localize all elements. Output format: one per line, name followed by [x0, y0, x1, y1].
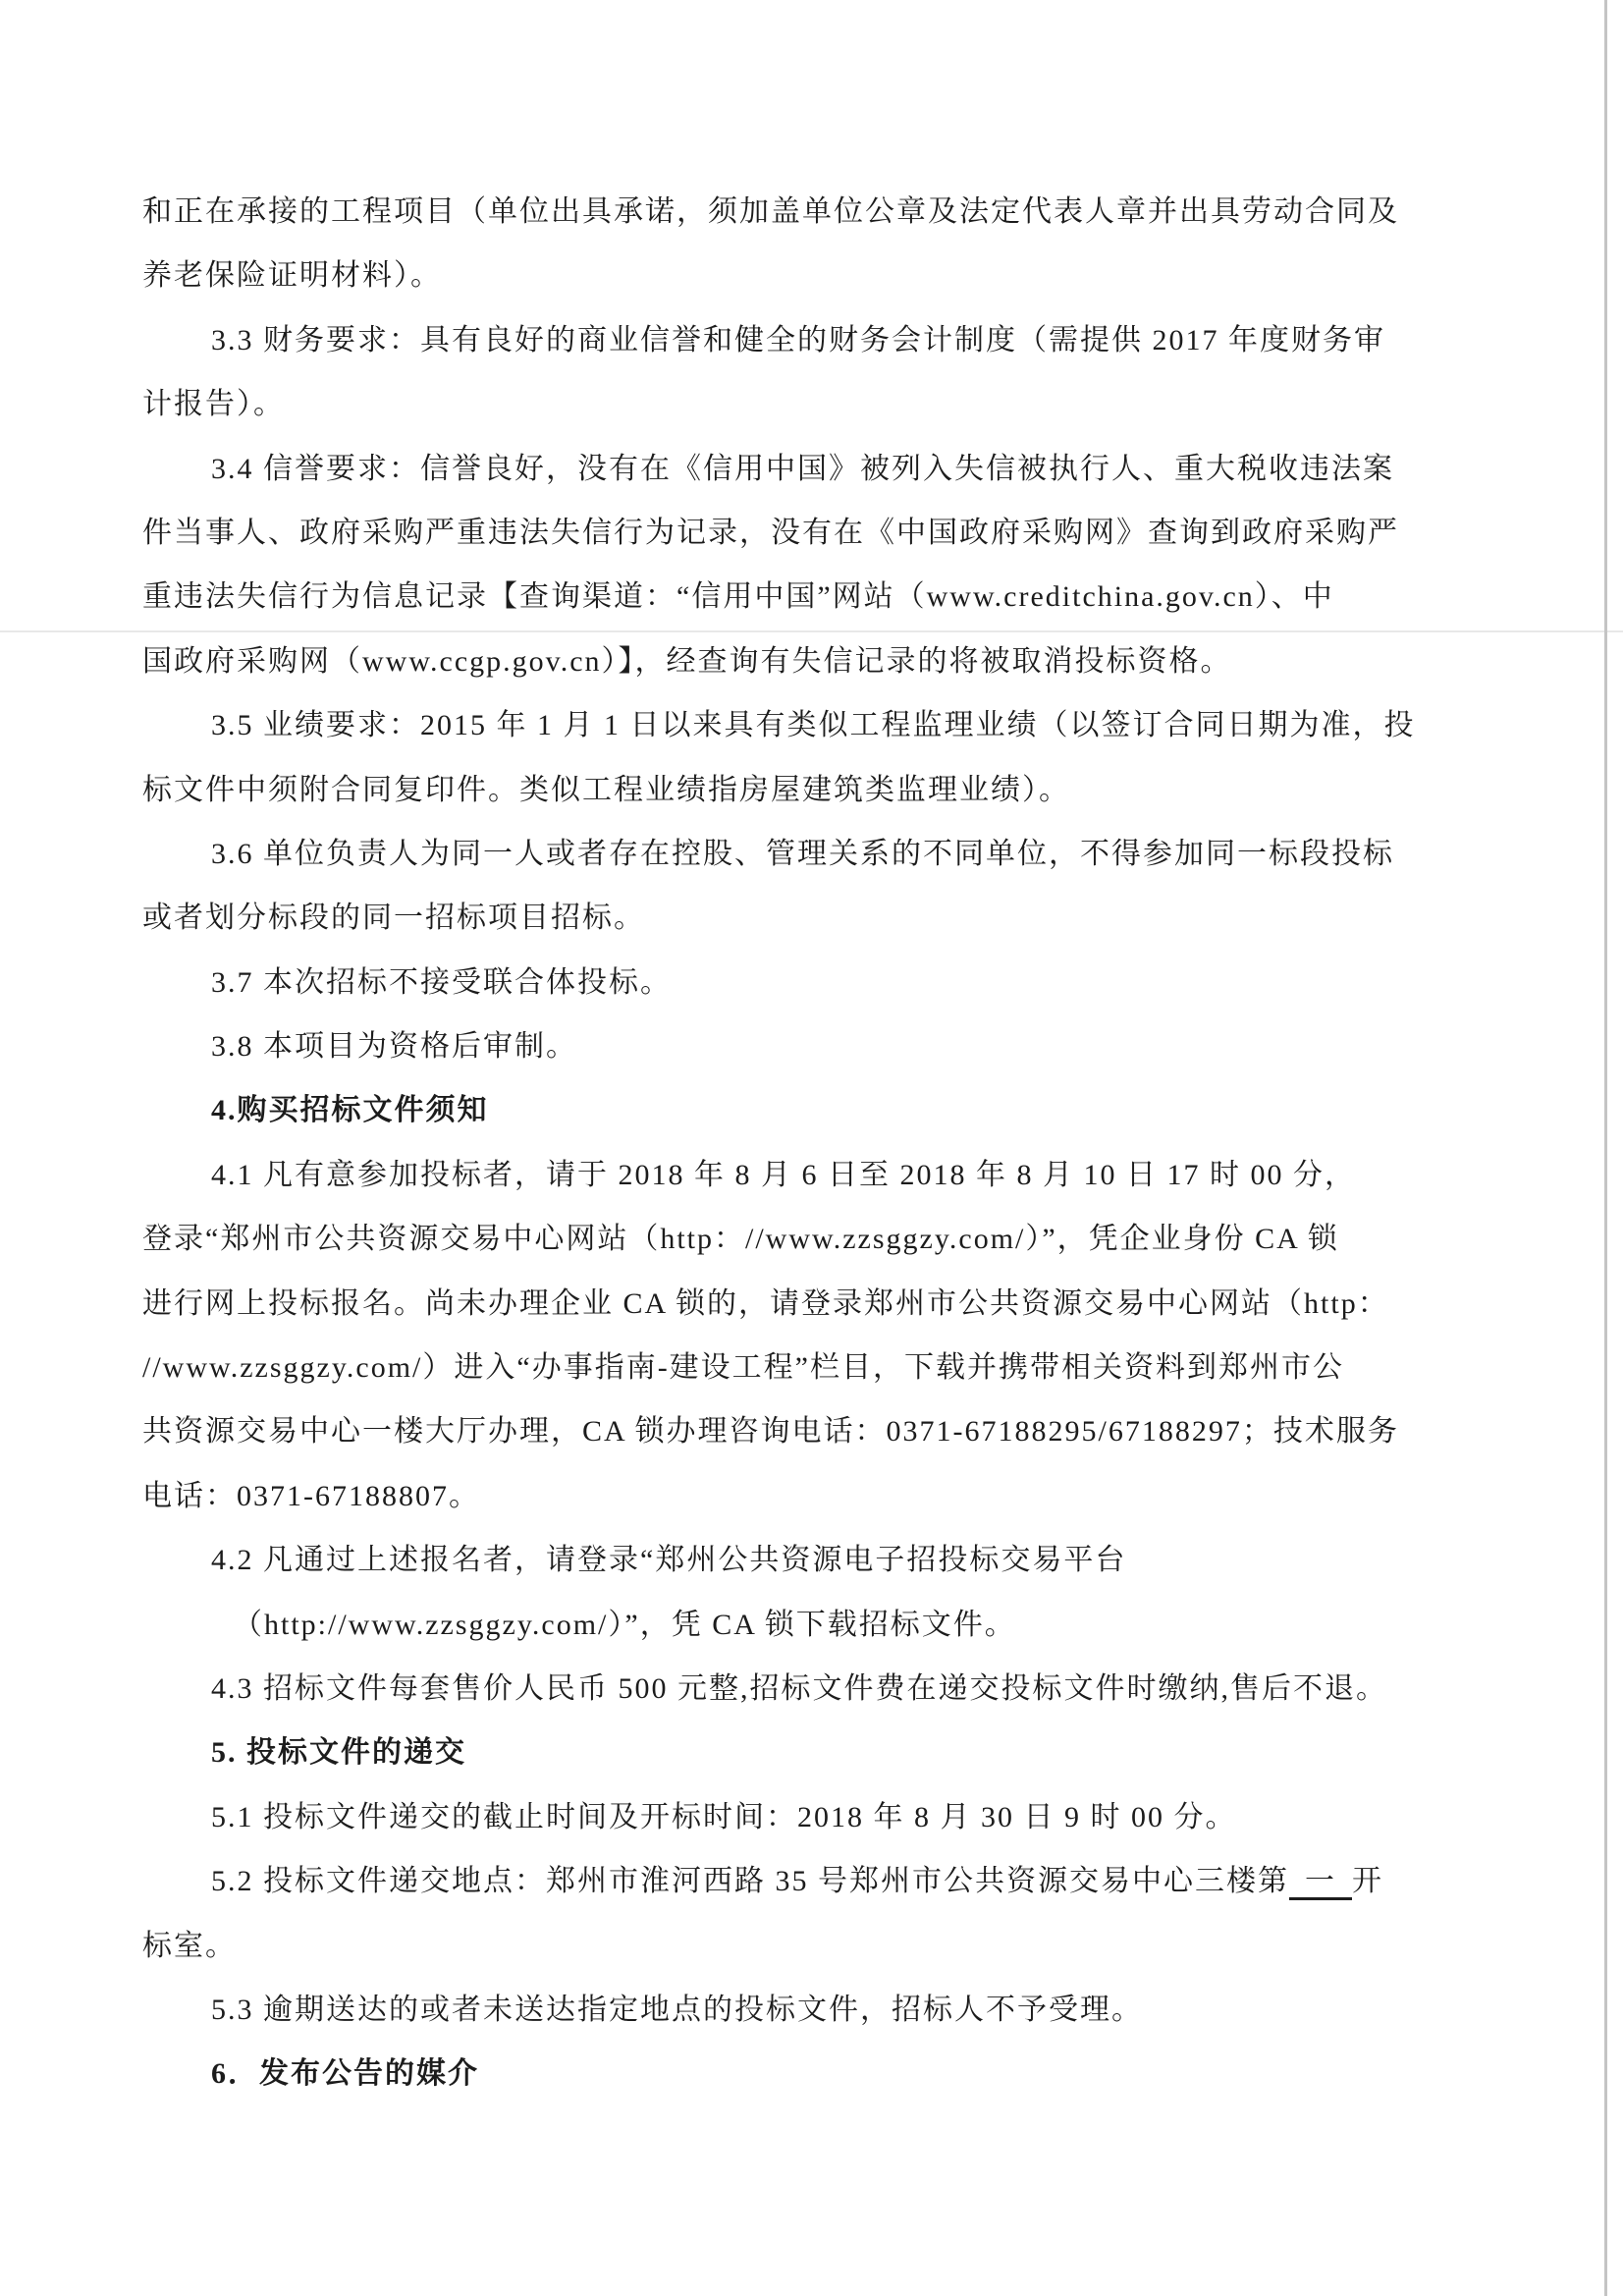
document-line: 4.购买招标文件须知 [142, 1078, 1495, 1142]
document-line: 6．发布公告的媒介 [142, 2042, 1495, 2105]
document-line: 5. 投标文件的递交 [142, 1721, 1495, 1784]
document-line: 4.2 凡通过上述报名者，请登录“郑州公共资源电子招投标交易平台 [142, 1528, 1495, 1592]
scan-artifact-vertical-edge [1604, 0, 1607, 2296]
document-line: 4.3 招标文件每套售价人民币 500 元整,招标文件费在递交投标文件时缴纳,售… [142, 1657, 1495, 1721]
document-line: 件当事人、政府采购严重违法失信行为记录，没有在《中国政府采购网》查询到政府采购严 [142, 501, 1495, 565]
document-line: 3.4 信誉要求：信誉良好，没有在《信用中国》被列入失信被执行人、重大税收违法案 [142, 437, 1495, 501]
text-segment: 5.2 投标文件递交地点：郑州市淮河西路 35 号郑州市公共资源交易中心三楼第 [211, 1865, 1289, 1897]
document-line: 4.1 凡有意参加投标者，请于 2018 年 8 月 6 日至 2018 年 8… [142, 1143, 1495, 1207]
document-line: 计报告）。 [142, 372, 1495, 436]
text-segment: 开 [1352, 1865, 1383, 1897]
document-line: 和正在承接的工程项目（单位出具承诺，须加盖单位公章及法定代表人章并出具劳动合同及 [142, 180, 1495, 244]
document-line: 5.1 投标文件递交的截止时间及开标时间：2018 年 8 月 30 日 9 时… [142, 1785, 1495, 1849]
document-line: 5.2 投标文件递交地点：郑州市淮河西路 35 号郑州市公共资源交易中心三楼第一… [142, 1849, 1495, 1913]
underlined-blank: 一 [1289, 1865, 1352, 1900]
document-line: 3.6 单位负责人为同一人或者存在控股、管理关系的不同单位，不得参加同一标段投标 [142, 822, 1495, 886]
document-line: 电话：0371-67188807。 [142, 1464, 1495, 1528]
document-line: 5.3 逾期送达的或者未送达指定地点的投标文件，招标人不予受理。 [142, 1978, 1495, 2042]
document-body: 和正在承接的工程项目（单位出具承诺，须加盖单位公章及法定代表人章并出具劳动合同及… [142, 180, 1495, 2106]
document-line: 标文件中须附合同复印件。类似工程业绩指房屋建筑类监理业绩）。 [142, 758, 1495, 822]
document-line: 重违法失信行为信息记录【查询渠道：“信用中国”网站（www.creditchin… [142, 565, 1495, 629]
document-line: 国政府采购网（www.ccgp.gov.cn）】，经查询有失信记录的将被取消投标… [142, 629, 1495, 693]
document-line: 3.3 财务要求：具有良好的商业信誉和健全的财务会计制度（需提供 2017 年度… [142, 308, 1495, 372]
document-line: 或者划分标段的同一招标项目招标。 [142, 886, 1495, 950]
document-line: 登录“郑州市公共资源交易中心网站（http：//www.zzsggzy.com/… [142, 1207, 1495, 1271]
document-line: 3.8 本项目为资格后审制。 [142, 1014, 1495, 1078]
document-line: 3.5 业绩要求：2015 年 1 月 1 日以来具有类似工程监理业绩（以签订合… [142, 693, 1495, 757]
document-line: 进行网上投标报名。尚未办理企业 CA 锁的，请登录郑州市公共资源交易中心网站（h… [142, 1272, 1495, 1336]
document-page: 和正在承接的工程项目（单位出具承诺，须加盖单位公章及法定代表人章并出具劳动合同及… [0, 0, 1623, 2296]
document-line: 3.7 本次招标不接受联合体投标。 [142, 951, 1495, 1014]
document-line: 共资源交易中心一楼大厅办理，CA 锁办理咨询电话：0371-67188295/6… [142, 1399, 1495, 1463]
document-line: //www.zzsggzy.com/）进入“办事指南-建设工程”栏目，下载并携带… [142, 1336, 1495, 1399]
document-line: 养老保险证明材料）。 [142, 244, 1495, 307]
document-line: （http://www.zzsggzy.com/）”，凭 CA 锁下载招标文件。 [142, 1593, 1495, 1657]
document-line: 标室。 [142, 1914, 1495, 1978]
